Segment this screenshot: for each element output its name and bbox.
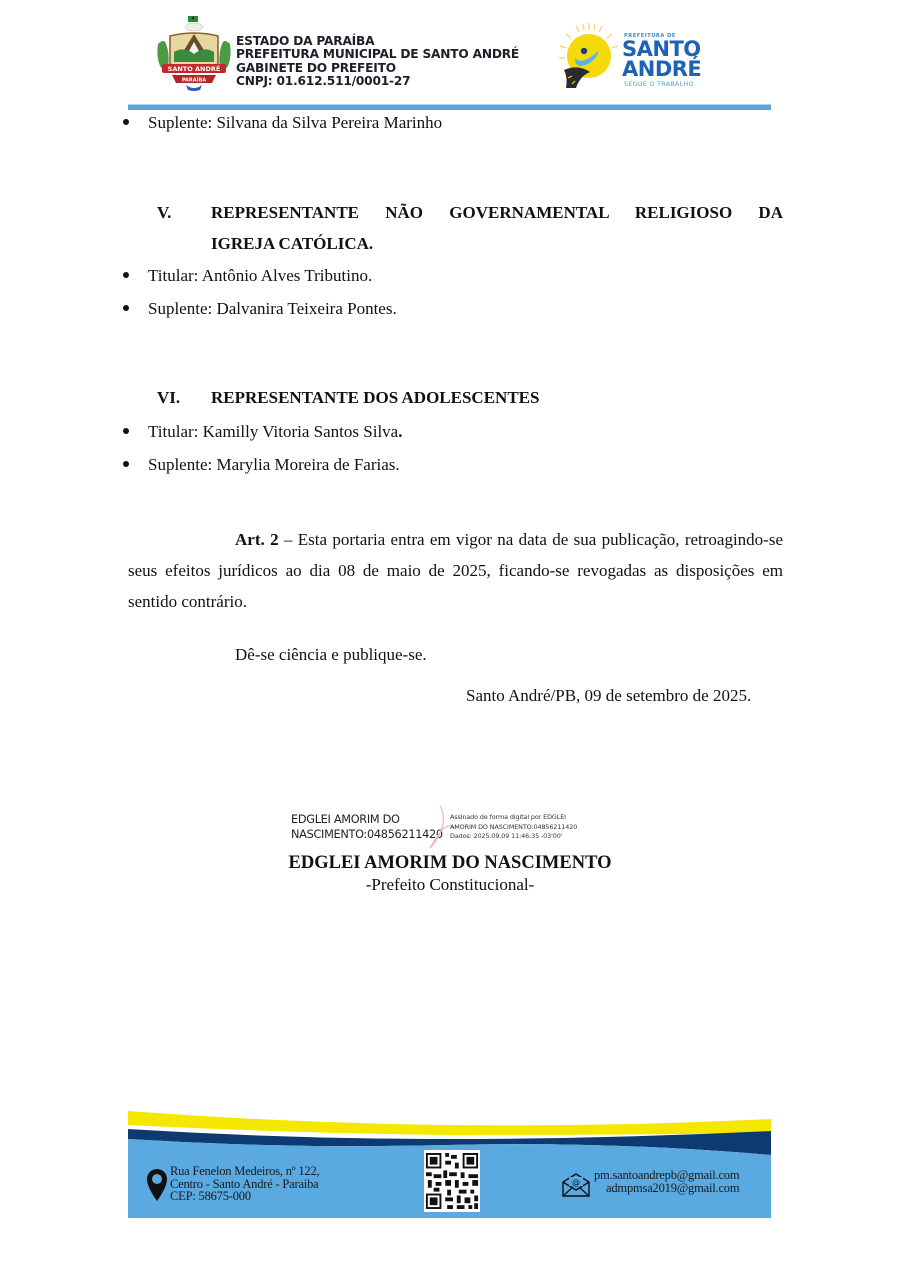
signer-name: EDGLEI AMORIM DO NASCIMENTO bbox=[0, 853, 900, 874]
svg-text:SANTO ANDRÉ: SANTO ANDRÉ bbox=[168, 64, 221, 73]
letterhead-footer: Rua Fenelon Medeiros, nº 122, Centro - S… bbox=[128, 1105, 771, 1218]
list-item: Suplente: Dalvanira Teixeira Pontes. bbox=[123, 299, 397, 319]
letterhead-text: ESTADO DA PARAÍBA PREFEITURA MUNICIPAL D… bbox=[236, 35, 519, 89]
bullet-icon bbox=[123, 119, 129, 125]
place-date: Santo André/PB, 09 de setembro de 2025. bbox=[466, 686, 751, 706]
brand-name: SANTO ANDRÉ bbox=[622, 39, 701, 79]
section-title: REPRESENTANTE NÃO GOVERNAMENTAL RELIGIOS… bbox=[211, 203, 783, 223]
digital-signature-details: Assinado de forma digital por EDGLEI AMO… bbox=[450, 813, 577, 842]
header-divider bbox=[128, 104, 771, 110]
qr-code-icon[interactable] bbox=[424, 1150, 480, 1212]
svg-text:@: @ bbox=[572, 1178, 580, 1187]
bullet-icon bbox=[123, 461, 129, 467]
sun-road-logo-icon bbox=[556, 20, 622, 90]
municipality-name: PREFEITURA MUNICIPAL DE SANTO ANDRÉ bbox=[236, 48, 519, 61]
bullet-icon bbox=[123, 272, 129, 278]
article-label: Art. 2 bbox=[235, 530, 279, 549]
article-text: – Esta portaria entra em vigor na data d… bbox=[128, 530, 783, 611]
bullet-icon bbox=[123, 305, 129, 311]
signer-role: -Prefeito Constitucional- bbox=[0, 875, 900, 895]
list-item: Titular: Antônio Alves Tributino. bbox=[123, 266, 372, 286]
article-paragraph: Art. 2 – Esta portaria entra em vigor na… bbox=[128, 524, 783, 617]
svg-text:PARAÍBA: PARAÍBA bbox=[182, 76, 206, 84]
letterhead: SANTO ANDRÉ PARAÍBA ESTADO DA PARAÍBA PR… bbox=[0, 0, 900, 112]
section-number: VI. bbox=[157, 388, 180, 408]
list-item: Titular: Kamilly Vitoria Santos Silva. bbox=[123, 422, 402, 442]
list-item: Suplente: Marylia Moreira de Farias. bbox=[123, 455, 400, 475]
brand-slogan: SEGUE O TRABALHO bbox=[624, 80, 694, 88]
map-pin-icon bbox=[146, 1168, 168, 1202]
envelope-at-icon: @ bbox=[561, 1172, 591, 1198]
coat-of-arms-icon: SANTO ANDRÉ PARAÍBA bbox=[156, 14, 232, 92]
closing-line: Dê-se ciência e publique-se. bbox=[235, 645, 427, 665]
email-link[interactable]: admpmsa2019@gmail.com bbox=[594, 1182, 739, 1195]
cnpj: CNPJ: 01.612.511/0001-27 bbox=[236, 75, 519, 88]
footer-address: Rua Fenelon Medeiros, nº 122, Centro - S… bbox=[170, 1165, 319, 1203]
prefeitura-brand-logo: PREFEITURA DE SANTO ANDRÉ SEGUE O TRABAL… bbox=[556, 20, 716, 92]
section-number: V. bbox=[157, 203, 171, 223]
section-title: REPRESENTANTE DOS ADOLESCENTES bbox=[211, 388, 539, 408]
list-item: Suplente: Silvana da Silva Pereira Marin… bbox=[123, 113, 442, 133]
section-title-continued: IGREJA CATÓLICA. bbox=[211, 234, 373, 254]
office-name: GABINETE DO PREFEITO bbox=[236, 62, 519, 75]
bullet-icon bbox=[123, 428, 129, 434]
footer-emails: pm.santoandrepb@gmail.com admpmsa2019@gm… bbox=[594, 1169, 739, 1195]
